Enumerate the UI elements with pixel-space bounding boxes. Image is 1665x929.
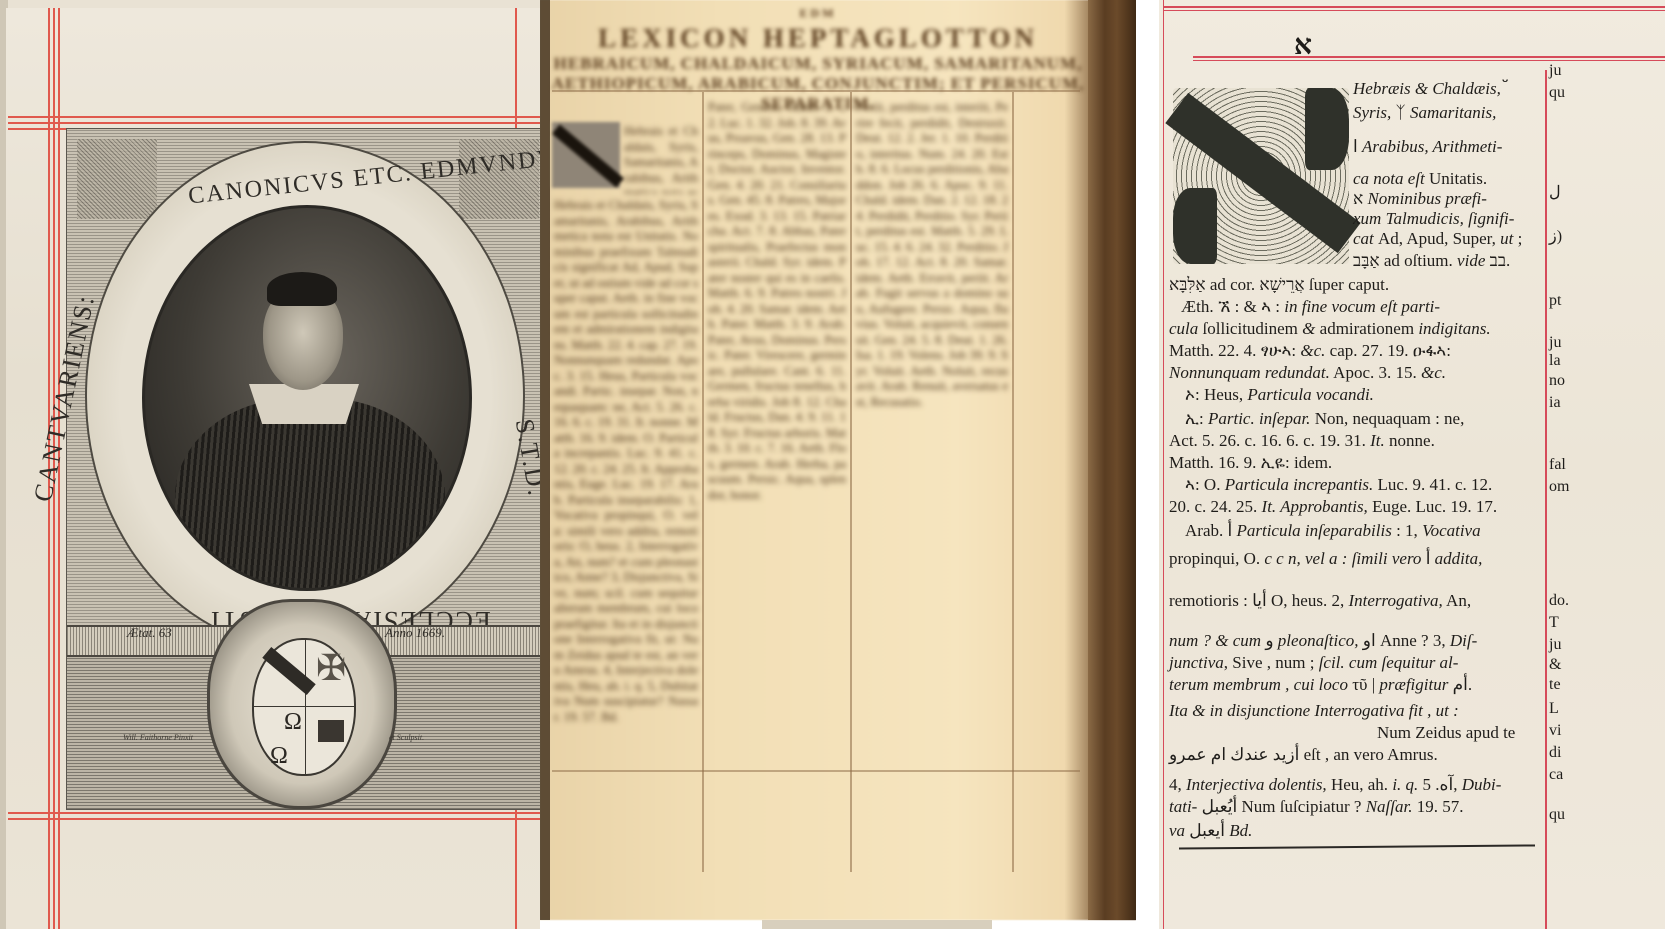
lexicon-line-segment: tati- <box>1169 797 1197 816</box>
lexicon-line-segment: ut <box>1500 229 1513 248</box>
lexicon-line-segment: cula <box>1169 319 1203 338</box>
lexicon-line: Act. 5. 26. c. 16. 6. c. 19. 31. It. non… <box>1169 430 1435 451</box>
lexicon-line-segment: Heu, ah. <box>1327 775 1393 794</box>
lexicon-line: ኦ: Heus, Particula vocandi. <box>1185 384 1374 405</box>
lexicon-line: propinqui, O. c c n, vel a : ſimili vero… <box>1169 548 1482 569</box>
column-fragment: la <box>1549 352 1561 370</box>
page-bottom-edge <box>762 920 992 929</box>
lexicon-line-segment: Particula inſeparabilis <box>1236 521 1391 540</box>
portrait-skullcap <box>267 272 337 306</box>
column-fragment: te <box>1549 676 1561 694</box>
lexicon-aleph-page-panel: א Hebræis & Chaldæis, ﬞSyris, ᛉ Samarita… <box>1153 0 1665 929</box>
lexicon-line-segment: va <box>1169 821 1185 840</box>
lexicon-line: junctiva, Sive , num ; ſcil. cum ſequitu… <box>1169 652 1458 673</box>
red-rule-horizontal <box>8 818 552 820</box>
lexicon-line-segment: او Anne ? 3, <box>1359 631 1450 650</box>
lexicon-line-segment: أيُعبل Num ſuſcipiatur ? <box>1197 797 1365 816</box>
lexicon-line-segment: Partic. inſepar. <box>1208 409 1310 428</box>
lexicon-line-segment: Diſ- <box>1450 631 1477 650</box>
lexicon-line-segment: : 1, <box>1392 521 1422 540</box>
column-fragment: di <box>1549 744 1561 762</box>
lexicon-line-segment: Interrogativa, <box>1348 591 1442 610</box>
lexicon-line: tati- أيُعبل Num ſuſcipiatur ? Naſſar. 1… <box>1169 796 1463 817</box>
lexicon-line: أزيد عندك ام عمرو eſt , an vero Amrus. <box>1169 744 1438 765</box>
heraldic-shield: ✠ Ω Ω <box>252 638 356 776</box>
lexicon-line-segment: pleonaſtico, <box>1274 631 1359 650</box>
column-fragment: vi <box>1549 722 1561 740</box>
lexicon-line-segment: i. q. <box>1392 775 1418 794</box>
lexicon-line: ca nota eſt Unitatis. <box>1353 168 1487 189</box>
portrait-oval <box>142 205 472 591</box>
lexicon-line-segment: remotioris : أيا O, heus. 2, <box>1169 591 1348 610</box>
lexicon-line-segment: terum membrum , cui loco <box>1169 675 1348 694</box>
red-rule-vertical <box>1163 0 1164 929</box>
shield-division <box>305 640 306 774</box>
page-gutter <box>540 0 550 920</box>
lexicon-line: remotioris : أيا O, heus. 2, Interrogati… <box>1169 590 1471 611</box>
lexicon-line: Ita & in disjunctione Interrogativa fit … <box>1169 700 1459 721</box>
column-fragment: ل <box>1549 182 1561 202</box>
lexicon-line-segment: أ <box>1421 549 1434 568</box>
lexicon-line: 4, Interjectiva dolentis, Heu, ah. i. q.… <box>1169 774 1501 795</box>
lexicon-line-segment: Interjectiva dolentis, <box>1186 775 1327 794</box>
lexicon-line-segment: c c n, vel a : ſimili vero <box>1264 549 1421 568</box>
lexicon-line-segment: ; <box>1513 229 1522 248</box>
decorated-initial <box>552 122 620 188</box>
lexicon-line-segment: τῦ | <box>1348 675 1379 694</box>
title-main: LEXICON HEPTAGLOTTON <box>548 23 1088 54</box>
column-fragment: T <box>1549 614 1559 632</box>
lexicon-line-segment: א <box>1353 189 1367 208</box>
lexicon-line: ا Arabibus, Arithmeti- <box>1353 136 1502 157</box>
column-fragment: qu <box>1549 806 1565 824</box>
title-subline: HEBRAICUM, CHALDAICUM, SYRIACUM, SAMARIT… <box>548 54 1088 74</box>
lexicon-line-segment: ا <box>1353 137 1362 156</box>
column-fragment: no <box>1549 372 1565 390</box>
lexicon-line: Num Zeidus apud te <box>1377 722 1515 743</box>
lexicon-line-segment: Samaritanis, <box>1410 103 1496 122</box>
column-fragment: ju <box>1549 62 1561 80</box>
lexicon-line-segment: Matth. 16. 9. ኢዬ: idem. <box>1169 453 1332 472</box>
lexicon-line: va أيعبل Bd. <box>1169 820 1252 841</box>
lexicon-line: num ? & cum و pleonaſtico, او Anne ? 3, … <box>1169 630 1477 651</box>
lexicon-line-segment: num ? & cum <box>1169 631 1265 650</box>
lexicon-line: אַלִּבָּא ad cor. אֲרֵישָׁא ſuper caput. <box>1169 274 1389 295</box>
red-rule-horizontal <box>8 122 552 124</box>
plate-corner-ornament <box>77 139 157 219</box>
title-small: EDM <box>548 6 1088 21</box>
lexicon-line-segment: præfigitur <box>1379 675 1448 694</box>
lexicon-line-segment: Particula vocandi. <box>1247 385 1374 404</box>
column-fragment: ca <box>1549 766 1563 784</box>
lexicon-line-segment: ኢ: <box>1185 409 1208 428</box>
lexicon-line-segment: آه. 5, <box>1418 775 1461 794</box>
lexicon-line-segment: Bd. <box>1229 821 1252 840</box>
book-spine <box>1088 0 1136 920</box>
column-rule <box>702 92 704 872</box>
lexicon-line-segment: אַלִּבָּא ad cor. אֲרֵישָׁא ſuper caput. <box>1169 275 1389 294</box>
lexicon-line-segment: ﬞ <box>1501 79 1505 98</box>
lexicon-line-segment: It. <box>1370 431 1385 450</box>
lexicon-line-segment: admirationem <box>1315 319 1418 338</box>
column-rule <box>850 92 852 872</box>
lexicon-line-segment: Dubi- <box>1462 775 1502 794</box>
portrait-robe <box>175 398 445 591</box>
lexicon-line: Syris, ᛉ Samaritanis, <box>1353 102 1496 123</box>
lion-quarter <box>316 718 346 744</box>
title-block: EDM LEXICON HEPTAGLOTTON HEBRAICUM, CHAL… <box>548 0 1088 114</box>
column-fragment: do. <box>1549 592 1569 610</box>
lexicon-line-segment: An, <box>1443 591 1471 610</box>
lexicon-line-segment: Arab. أ <box>1185 521 1236 540</box>
lexicon-line-segment: Ad, Apud, Super, <box>1378 229 1500 248</box>
lexicon-line-segment: ኦ: Heus, <box>1185 385 1247 404</box>
column-fragment: ju <box>1549 334 1561 352</box>
footer-rule <box>552 770 1080 772</box>
woodcut-stroke <box>1305 88 1349 170</box>
column-fragment: L <box>1549 700 1559 718</box>
lexicon-line: xum Talmudicis, ſignifi- <box>1353 208 1514 229</box>
lexicon-line-segment: בב. <box>1485 251 1510 270</box>
red-rule-horizontal <box>1163 6 1665 8</box>
column-fragment: om <box>1549 478 1569 496</box>
lexicon-line-segment: Vocativa <box>1422 521 1481 540</box>
lexicon-line-segment: Matth. 22. 4. ፃሁኣ: <box>1169 341 1300 360</box>
lexicon-line: Hebræis & Chaldæis, ﬞ <box>1353 78 1505 99</box>
age-caption: Ætat. 63 <box>127 625 172 641</box>
lexicon-line-segment: 19. 57. <box>1412 797 1463 816</box>
lexicon-line-segment: ᛉ <box>1396 103 1410 122</box>
lexicon-line-segment: , Sive , num ; <box>1224 653 1319 672</box>
cross-icon: ✠ <box>316 650 346 686</box>
lexicon-line-segment: Unitatis. <box>1429 169 1487 188</box>
adjacent-column-fragments: juquلز)ptjulanoiafalomdo.Tju&teLvidicaqu <box>1541 60 1665 929</box>
lexicon-line: Æth. ኧ : & ኣ : in fine vocum eſt parti- <box>1181 296 1440 317</box>
lexicon-line-segment: Luc. 9. 41. c. 12. <box>1373 475 1492 494</box>
lexicon-line-segment: & <box>1302 319 1315 338</box>
lexicon-line-segment: It. Approbantis, <box>1262 497 1368 516</box>
red-rule-horizontal <box>8 116 552 118</box>
column-fragment: pt <box>1549 292 1561 310</box>
lexicon-line-segment: Non, nequaquam : ne, <box>1310 409 1464 428</box>
portrait-collar <box>249 384 359 424</box>
lexicon-line-segment: vide <box>1457 251 1485 270</box>
lexicon-line: ኢ: Partic. inſepar. Non, nequaquam : ne, <box>1185 408 1464 429</box>
column-text: Periit, perditus est, interiit, Perire f… <box>856 100 1008 764</box>
lexicon-line-segment: cap. 27. 19. ዑፋኣ: <box>1325 341 1451 360</box>
lexicon-line-segment: Arabibus, Arithmeti- <box>1362 137 1502 156</box>
engraver-credit: et Sculpsit. <box>389 733 424 742</box>
lexicon-line-segment: و <box>1265 631 1273 650</box>
column-text: Pater, Genitor, Matth. 2. 22. Luc. 1. 32… <box>708 100 846 764</box>
lexicon-line-segment: Particula increpantis. <box>1225 475 1374 494</box>
lexicon-line: 20. c. 24. 25. It. Approbantis, Euge. Lu… <box>1169 496 1497 517</box>
lexicon-line: Matth. 22. 4. ፃሁኣ: &c. cap. 27. 19. ዑፋኣ: <box>1169 340 1451 361</box>
column-text: Hebrais et Chaldais, Syris, Samaritanis,… <box>624 124 698 194</box>
column-fragment: fal <box>1549 456 1566 474</box>
lexicon-line-segment: Num Zeidus apud te <box>1377 723 1515 742</box>
lexicon-line: ኣ: O. Particula increpantis. Luc. 9. 41.… <box>1185 474 1492 495</box>
red-rule-horizontal <box>8 812 552 814</box>
red-rule-horizontal <box>1163 10 1665 11</box>
column-fragment: ju <box>1549 636 1561 654</box>
lexicon-line-segment: in fine vocum eſt parti- <box>1284 297 1440 316</box>
lexicon-line-segment: Naſſar. <box>1366 797 1413 816</box>
lexicon-line-segment: xum Talmudicis, ſignifi- <box>1353 209 1514 228</box>
lexicon-line-segment: junctiva <box>1169 653 1224 672</box>
lexicon-line-segment: propinqui, O. <box>1169 549 1264 568</box>
lexicon-line-segment: Syris, <box>1353 103 1396 122</box>
lexicon-line-segment: Æth. ኧ : & ኣ : <box>1181 297 1284 316</box>
lexicon-line-segment: 20. c. 24. 25. <box>1169 497 1262 516</box>
year-caption: Anno 1669. <box>385 625 445 641</box>
lexicon-line: Nonnunquam redundat. Apoc. 3. 15. &c. <box>1169 362 1446 383</box>
horseshoe-icon: Ω <box>284 710 302 734</box>
lexicon-line-segment: Nonnunquam redundat. <box>1169 363 1330 382</box>
woodcut-initial-aleph <box>1173 88 1349 264</box>
lexicon-line-segment: ኣ: O. <box>1185 475 1225 494</box>
column-fragment: ia <box>1549 394 1561 412</box>
lexicon-line-segment: אַבָּב ad oſtium. <box>1353 251 1457 270</box>
lexicon-title-page-panel: EDM LEXICON HEPTAGLOTTON HEBRAICUM, CHAL… <box>540 0 1136 929</box>
lexicon-line: terum membrum , cui loco τῦ | præfigitur… <box>1169 674 1472 695</box>
column-fragment: & <box>1549 656 1561 674</box>
lexicon-line-segment: 4, <box>1169 775 1186 794</box>
engraved-plate: CANONICVS ETC. EDMVNDVS CASTELLVS CANTVA… <box>66 128 550 810</box>
column-text: Hebrais et Chaldais, Syris, Samaritanis,… <box>554 198 698 764</box>
shield-bend <box>262 647 315 695</box>
lexicon-line-segment: indigitans. <box>1418 319 1490 338</box>
woodcut-stroke <box>1173 188 1217 264</box>
lexicon-line-segment: addita, <box>1435 549 1483 568</box>
lexicon-line-segment: &c. <box>1421 363 1446 382</box>
lexicon-line-segment: أزيد عندك ام عمرو eſt , an vero Amrus. <box>1169 745 1438 764</box>
lexicon-line-segment: ſcil. cum ſequitur al- <box>1319 653 1459 672</box>
lexicon-line-segment: ſollicitudinem <box>1203 319 1303 338</box>
lexicon-line-segment: Act. 5. 26. c. 16. 6. c. 19. 31. <box>1169 431 1370 450</box>
column-rule <box>1012 92 1014 872</box>
portrait-frontispiece-panel: CANONICVS ETC. EDMVNDVS CASTELLVS CANTVA… <box>0 0 552 929</box>
lexicon-line-segment: أم. <box>1448 675 1472 694</box>
column-fragment: ز) <box>1549 226 1562 246</box>
lexicon-line: Matth. 16. 9. ኢዬ: idem. <box>1169 452 1332 473</box>
painter-credit: Will. Faithorne Pinxit <box>123 733 193 742</box>
column-fragment: qu <box>1549 84 1565 102</box>
coat-of-arms: ✠ Ω Ω <box>207 599 397 809</box>
horseshoe-icon: Ω <box>270 744 288 768</box>
page-header-letter: א <box>1273 30 1333 62</box>
shield-division <box>254 706 354 707</box>
lexicon-line: cula ſollicitudinem & admirationem indig… <box>1169 318 1491 339</box>
lexicon-line: א Nominibus præfi- <box>1353 188 1487 209</box>
lexicon-line: cat Ad, Apud, Super, ut ; <box>1353 228 1522 249</box>
lexicon-line-segment: nonne. <box>1385 431 1435 450</box>
lexicon-line: Arab. أ Particula inſeparabilis : 1, Voc… <box>1185 520 1481 541</box>
red-rule-horizontal <box>1193 56 1665 58</box>
lexicon-line-segment: &c. <box>1300 341 1325 360</box>
lexicon-line-segment: Hebræis & Chaldæis, <box>1353 79 1501 98</box>
lexicon-line-segment: أيعبل <box>1185 821 1229 840</box>
lexicon-line-segment: cat <box>1353 229 1378 248</box>
lexicon-line-segment: Nominibus præfi- <box>1367 189 1487 208</box>
lexicon-line-segment: Euge. Luc. 19. 17. <box>1368 497 1497 516</box>
lexicon-line-segment: Ita & in disjunctione Interrogativa fit … <box>1169 701 1459 720</box>
lexicon-line: אַבָּב ad oſtium. vide בב. <box>1353 250 1510 271</box>
lexicon-line-segment: Apoc. 3. 15. <box>1330 363 1421 382</box>
portrait-oval-frame: CANONICVS ETC. EDMVNDVS CASTELLVS CANTVA… <box>85 141 525 651</box>
header-rule <box>552 90 1080 92</box>
lexicon-line-segment: ca nota eſt <box>1353 169 1429 188</box>
